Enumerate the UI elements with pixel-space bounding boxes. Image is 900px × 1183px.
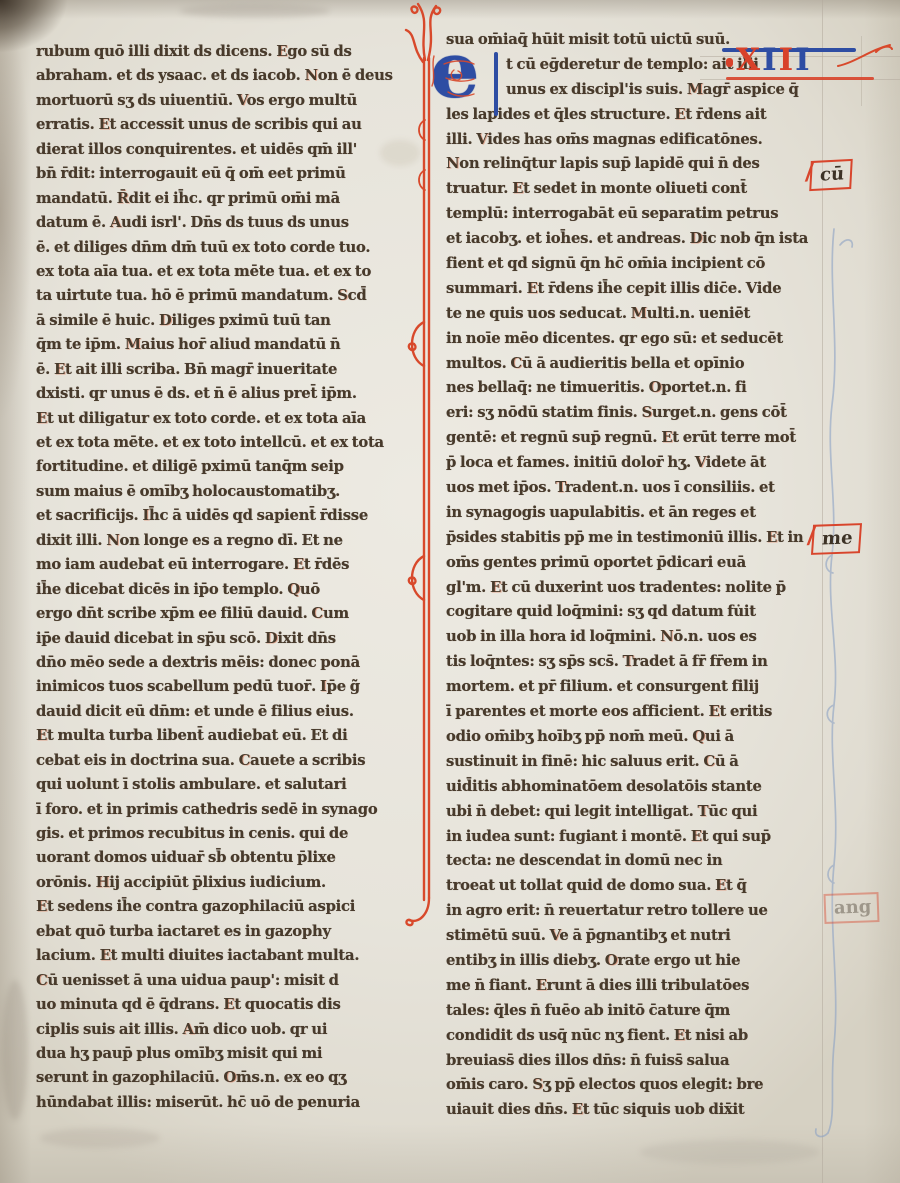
text-line: uob in illa hora id loq̄mini. Nō.n. uos … <box>446 625 826 650</box>
text-line: ubi n̄ debet: qui legit intelligat. Tūc … <box>446 800 826 825</box>
text-line: troeat ut tollat quid de domo sua. Et q̄ <box>446 874 826 899</box>
text-line: ā simile ē huic. Diliges pximū tuū tan <box>36 309 430 333</box>
parchment-stain <box>40 1128 160 1148</box>
rubricated-capital: O <box>223 1069 236 1086</box>
rubricated-capital: R <box>117 190 129 207</box>
text-line: eri: sʒ nōdū statim finis. Surget.n. gen… <box>446 401 826 426</box>
rubricated-capital: E <box>572 1101 583 1118</box>
text-line: et ex tota mēte. et ex toto intellcū. et… <box>36 431 430 455</box>
rubricated-capital: T <box>555 479 565 496</box>
rubricated-capital: I <box>142 507 149 524</box>
text-line: mandatū. R̄dit ei ih̄c. qr primū om̄i mā <box>36 187 430 211</box>
text-line: Et ut diligatur ex toto corde. et ex tot… <box>36 407 430 431</box>
text-line: mortuorū sʒ ds uiuentiū. Vos ergo multū <box>36 89 430 113</box>
text-line: cebat eis in doctrina sua. Cauete a scri… <box>36 749 430 773</box>
text-line: sum maius ē omībʒ holocaustomatibʒ. <box>36 480 430 504</box>
text-line: sustinuit in finē: hic saluus erit. Cū ā <box>446 750 826 775</box>
chapter-flourish <box>836 40 894 72</box>
margin-note-me: / me <box>811 523 862 555</box>
rubricated-capital: D <box>265 630 278 647</box>
text-line: dixit illi. Non longe es a regno dī. Et … <box>36 529 430 553</box>
chapter-numeral-letter: I <box>795 42 812 78</box>
rubricated-capital: E <box>223 996 234 1013</box>
text-line: lacium. Et multi diuites iactabant multa… <box>36 944 430 968</box>
text-line: ē. Et ait illi scriba. Bn̄ magr̄ inuerit… <box>36 358 430 382</box>
text-line: om̄s gentes primū oportet p̄dicari euā <box>446 551 826 576</box>
text-line: entibʒ in illis diebʒ. Orate ergo ut hie <box>446 949 826 974</box>
rubricated-capital: S <box>532 1076 542 1093</box>
rubricated-capital: C <box>311 605 323 622</box>
text-line: bn̄ r̄dit: interrogauit eū q̄ om̄ eet pr… <box>36 162 430 186</box>
text-line: gis. et primos recubitus in cenis. qui d… <box>36 822 430 846</box>
rubricated-capital: M <box>125 336 141 353</box>
rubricated-capital: D <box>159 312 172 329</box>
text-line: Et multa turba libent̄ audiebat eū. Et d… <box>36 724 430 748</box>
rubricated-capital: E <box>766 529 777 546</box>
text-line: odio om̄ibʒ hoībʒ pp̄ nom̄ meū. Qui ā <box>446 725 826 750</box>
rubricated-capital: E <box>54 361 65 378</box>
rubricated-capital: M <box>687 81 703 98</box>
rubricated-capital: E <box>674 1027 685 1044</box>
text-line: qui uolunt ī stolis ambulare. et salutar… <box>36 773 430 797</box>
text-line: abraham. et ds ysaac. et ds iacob. Non ē… <box>36 64 430 88</box>
chapter-numeral: XIII <box>736 44 812 76</box>
text-line: dxisti. qr unus ē ds. et n̄ ē alius pret… <box>36 382 430 406</box>
rubricated-capital: E <box>276 43 287 60</box>
text-line: uo minuta qd ē q̄drans. Et quocatis dis <box>36 993 430 1017</box>
rubricated-capital: C <box>239 752 251 769</box>
rubricated-capital: D <box>690 230 703 247</box>
text-line: p̄sides stabitis pp̄ me in testimoniū il… <box>446 526 826 551</box>
rubricated-capital: H <box>96 874 110 891</box>
manuscript-page: rubum quō illi dixit ds dicens. Ego sū d… <box>0 0 900 1183</box>
rubricated-capital: A <box>182 1021 193 1038</box>
rubricated-capital: E <box>293 556 304 573</box>
text-line: dierat illos conquirentes. et uidēs qm̄ … <box>36 138 430 162</box>
chapter-numeral-letter: I <box>779 42 796 78</box>
margin-note-slash: / <box>805 159 815 184</box>
text-line: ergo dn̄t scribe xp̄m ee filiū dauid. Cu… <box>36 602 430 626</box>
text-line: ē. et diliges dn̄m dm̄ tuū ex toto corde… <box>36 236 430 260</box>
rubricated-capital: E <box>674 106 685 123</box>
rubricated-capital: E <box>536 977 547 994</box>
text-line: uid̄itis abhominatōem desolatōis stante <box>446 775 826 800</box>
margin-note-cu: / cū <box>809 159 853 191</box>
text-line: me n̄ fiant. Erunt ā dies illi tribulatō… <box>446 974 826 999</box>
rubricated-capital: C <box>703 753 715 770</box>
text-line: et sacrificijs. Ih̄c ā uidēs qd sapient̄… <box>36 504 430 528</box>
text-line: ex tota aīa tua. et ex tota mēte tua. et… <box>36 260 430 284</box>
text-column-right: sua om̄iaq̄ hūit misit totū uictū suū.t … <box>446 28 826 1136</box>
rubricated-capital: N <box>304 67 317 84</box>
text-line: illi. Vides has om̄s magnas edificatōnes… <box>446 128 826 153</box>
chapter-red-mark <box>726 58 733 67</box>
text-line: in iudea sunt: fugiant i montē. Et qui s… <box>446 825 826 850</box>
rubricated-capital: I <box>320 678 327 695</box>
text-line: cogitare quid loq̄mini: sʒ qd datum fu̇i… <box>446 600 826 625</box>
rubricated-capital: E <box>100 947 111 964</box>
margin-note-text: cū <box>819 163 844 185</box>
text-line: les lapides et q̄les structure. Et r̄den… <box>446 103 826 128</box>
text-line: p̄ loca et fames. initiū dolor̄ hʒ. Vide… <box>446 451 826 476</box>
text-line: fient et qd signū q̄n hc̄ om̄ia incipien… <box>446 252 826 277</box>
text-line: uorant domos uiduar̄ sb̄ obtentu p̄lixe <box>36 846 430 870</box>
rubricated-capital: O <box>649 379 662 396</box>
text-line: uiauit dies dn̄s. Et tūc siquis uob dix̄… <box>446 1098 826 1123</box>
text-line: in synagogis uapulabitis. et ān reges et <box>446 501 826 526</box>
margin-note-text: me <box>821 527 853 549</box>
text-line: tecta: ne descendat in domū nec in <box>446 849 826 874</box>
text-line: ta uirtute tua. hō ē primū mandatum. Scd… <box>36 284 430 308</box>
text-line: Non relinq̄tur lapis sup̄ lapidē qui n̄ … <box>446 152 826 177</box>
rubricated-capital: E <box>98 116 109 133</box>
text-line: ī foro. et in primis cathedris sedē in s… <box>36 798 430 822</box>
rubricated-capital: V <box>476 131 487 148</box>
text-line: Et sedens ih̄e contra gazophilaciū aspic… <box>36 895 430 919</box>
chapter-numeral-letter: X <box>736 42 762 78</box>
rubricated-capital: Q <box>692 728 705 745</box>
rubricated-capital: M <box>631 305 647 322</box>
text-line: summari. Et r̄dens ih̄e cepit illis dic̄… <box>446 277 826 302</box>
chapter-numeral-letter: I <box>762 42 779 78</box>
rubricated-capital: E <box>36 410 47 427</box>
illuminated-initial-E: e <box>430 48 500 118</box>
text-line: et iacobʒ. et ioh̄es. et andreas. Dic no… <box>446 227 826 252</box>
margin-note-ang-faded: ang <box>823 892 879 924</box>
text-line: datum ē. Audi isrl'. Dn̄s ds tuus ds unu… <box>36 211 430 235</box>
rubricated-capital: V <box>695 454 706 471</box>
text-line: in noīe mēo dicentes. qr ego sū: et sedu… <box>446 327 826 352</box>
rubricated-capital: E <box>512 180 523 197</box>
text-line: gentē: et regnū sup̄ regnū. Et erūt terr… <box>446 426 826 451</box>
text-line: ih̄e dicebat dicēs in ip̄o templo. Quō <box>36 578 430 602</box>
text-line: nes bellaq̄: ne timueritis. Oportet.n. f… <box>446 376 826 401</box>
text-line: serunt in gazophilaciū. Om̄s.n. ex eo qʒ <box>36 1066 430 1090</box>
rubricated-capital: N <box>446 155 459 172</box>
text-line: multos. Cū ā audieritis bella et opīnio <box>446 352 826 377</box>
text-line: templū: interrogabāt eū separatim petrus <box>446 202 826 227</box>
text-line: uos met ip̄os. Tradent.n. uos ī consilii… <box>446 476 826 501</box>
rubricated-capital: Q <box>287 581 300 598</box>
text-line: Cū uenisset ā una uidua paup': misit d <box>36 969 430 993</box>
parchment-stain <box>2 980 28 1120</box>
rubricated-capital: E <box>526 280 537 297</box>
rubricated-capital: S <box>641 404 651 421</box>
rubricated-capital: E <box>36 898 47 915</box>
text-line: om̄is caro. Sʒ pp̄ electos quos elegit: … <box>446 1073 826 1098</box>
text-line: dua hʒ paup̄ plus omībʒ misit qui mi <box>36 1042 430 1066</box>
text-line: te ne quis uos seducat. Multi.n. ueniēt <box>446 302 826 327</box>
rubricated-capital: A <box>110 214 121 231</box>
parchment-stain <box>180 4 330 18</box>
rubricated-capital: N <box>660 628 673 645</box>
text-line: breuiass̄ dies illos dn̄s: n̄ fuiss̄ sal… <box>446 1049 826 1074</box>
rubricated-capital: V <box>550 927 560 944</box>
text-line: gl'm. Et cū duxerint uos tradentes: noli… <box>446 576 826 601</box>
rubricated-capital: E <box>691 828 702 845</box>
rubricated-capital: E <box>490 579 501 596</box>
text-line: rubum quō illi dixit ds dicens. Ego sū d… <box>36 40 430 64</box>
text-line: unus ex discipl'is suis. Magr̄ aspice q̄ <box>446 78 826 103</box>
text-line: ciplis suis ait illis. Am̄ dico uob. qr … <box>36 1018 430 1042</box>
text-line: ī parentes et morte eos afficient. Et er… <box>446 700 826 725</box>
rubricated-capital: C <box>36 972 48 989</box>
rubricated-capital: E <box>661 429 672 446</box>
text-line: mortem. et pr̄ filium. et consurgent fil… <box>446 675 826 700</box>
margin-note-slash: / <box>807 523 817 547</box>
rubricated-capital: T <box>623 653 633 670</box>
text-line: orōnis. Hij accipiūt p̄lixius iudicium. <box>36 871 430 895</box>
text-line: dauid dicit eū dn̄m: et unde ē filius ei… <box>36 700 430 724</box>
rubricated-capital: C <box>510 355 522 372</box>
text-line: stimētū suū. Ve ā p̄gnantibʒ et nutri <box>446 924 826 949</box>
text-line: in agro erit: n̄ reuertatur retro toller… <box>446 899 826 924</box>
initial-red-filigree <box>430 48 500 118</box>
text-line: inimicos tuos scabellum pedū tuor̄. Ip̄e… <box>36 675 430 699</box>
text-line: condidit ds usq̄ nūc nʒ fient. Et nisi a… <box>446 1024 826 1049</box>
rubricated-capital: E <box>708 703 719 720</box>
text-line: hūndabat illis: miserūt. hc̄ uō de penur… <box>36 1091 430 1115</box>
rubricated-capital: S <box>337 287 347 304</box>
rubricated-capital: O <box>605 952 618 969</box>
rubricated-capital: V <box>237 92 247 109</box>
text-line: tis loq̄ntes: sʒ sp̄s scs̄. Tradet ā fr̄… <box>446 650 826 675</box>
text-line: q̄m te ip̄m. Maius hor̄ aliud mandatū n̄ <box>36 333 430 357</box>
parchment-stain <box>640 1140 820 1164</box>
rubricated-capital: N <box>106 532 119 549</box>
text-line: truatur. Et sedet in monte oliueti cont̄ <box>446 177 826 202</box>
rubricated-capital: E <box>36 727 47 744</box>
text-column-left: rubum quō illi dixit ds dicens. Ego sū d… <box>36 40 430 1125</box>
text-line: ebat quō turba iactaret es in gazophy <box>36 920 430 944</box>
text-line: dn̄o mēo sede a dextris mēis: donec ponā <box>36 651 430 675</box>
rubricated-capital: T <box>697 803 708 820</box>
text-line: erratis. Et accessit unus de scribis qui… <box>36 113 430 137</box>
text-line: mo iam audebat eū interrogare. Et r̄dēs <box>36 553 430 577</box>
margin-note-text: ang <box>834 896 872 918</box>
rubricated-capital: E <box>715 877 726 894</box>
text-line: ip̄e dauid dicebat in sp̄u scō. Dixit dn… <box>36 627 430 651</box>
text-line: tales: q̄les n̄ fuēo ab initō c̄ature q̄… <box>446 999 826 1024</box>
text-line: fortitudine. et diligē pximū tanq̄m seip <box>36 455 430 479</box>
